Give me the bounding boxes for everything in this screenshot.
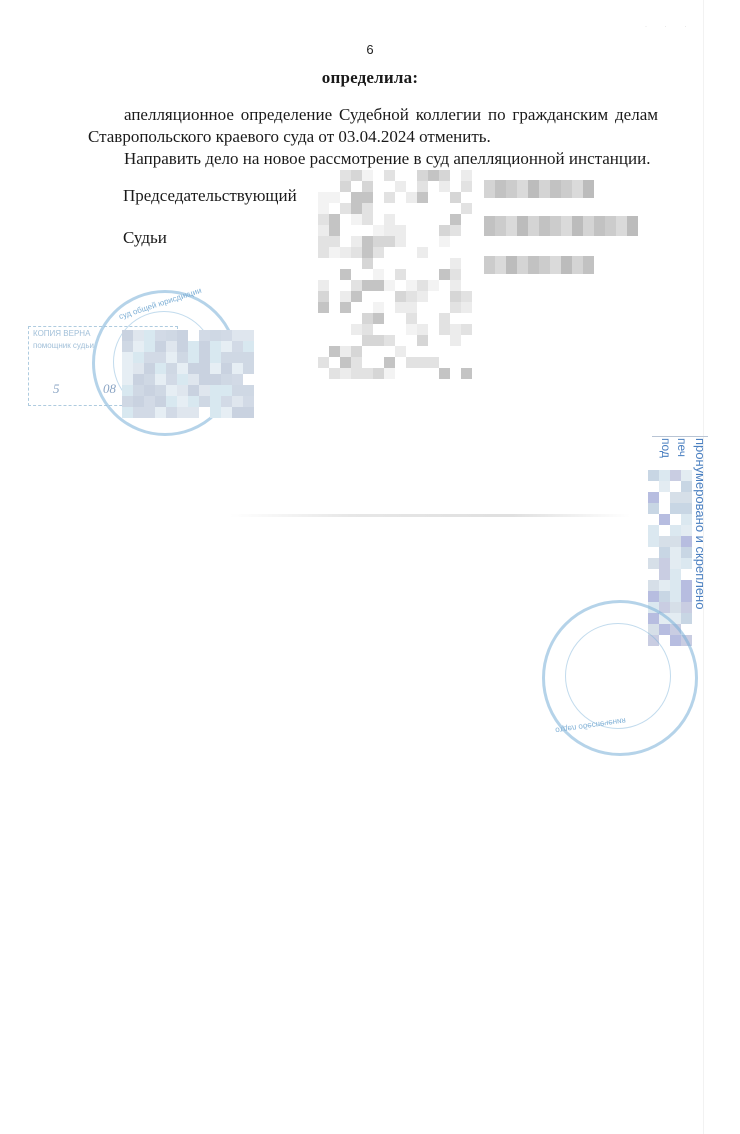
copy-stamp-line-1: КОПИЯ ВЕРНА bbox=[33, 329, 90, 338]
page-number: 6 bbox=[0, 42, 740, 57]
judges-label: Судьи bbox=[123, 228, 167, 248]
copy-stamp-date-month: 08 bbox=[103, 381, 116, 397]
scan-specks: · · · bbox=[645, 24, 694, 30]
binding-note-line-2: печ bbox=[675, 438, 689, 457]
scan-artifact-line bbox=[230, 514, 630, 517]
copy-stamp-date-day: 5 bbox=[53, 381, 60, 397]
redacted-judge-names bbox=[484, 180, 634, 290]
ruling-heading: определила: bbox=[0, 68, 740, 88]
redacted-stamp-details bbox=[122, 330, 252, 416]
presiding-judge-label: Председательствующий bbox=[123, 186, 297, 206]
binding-divider bbox=[652, 436, 708, 437]
court-seal-right: отдел обеспечения bbox=[542, 600, 698, 756]
ruling-paragraph-1: апелляционное определение Судебной колле… bbox=[88, 104, 658, 148]
ruling-paragraph-2: Направить дело на новое рассмотрение в с… bbox=[88, 148, 668, 170]
copy-stamp-line-2: помощник судьи bbox=[33, 341, 94, 350]
redacted-signature bbox=[318, 170, 468, 370]
binding-note-line-3: под bbox=[659, 438, 673, 458]
binding-note-line-1: пронумеровано и скреплено bbox=[693, 438, 708, 609]
